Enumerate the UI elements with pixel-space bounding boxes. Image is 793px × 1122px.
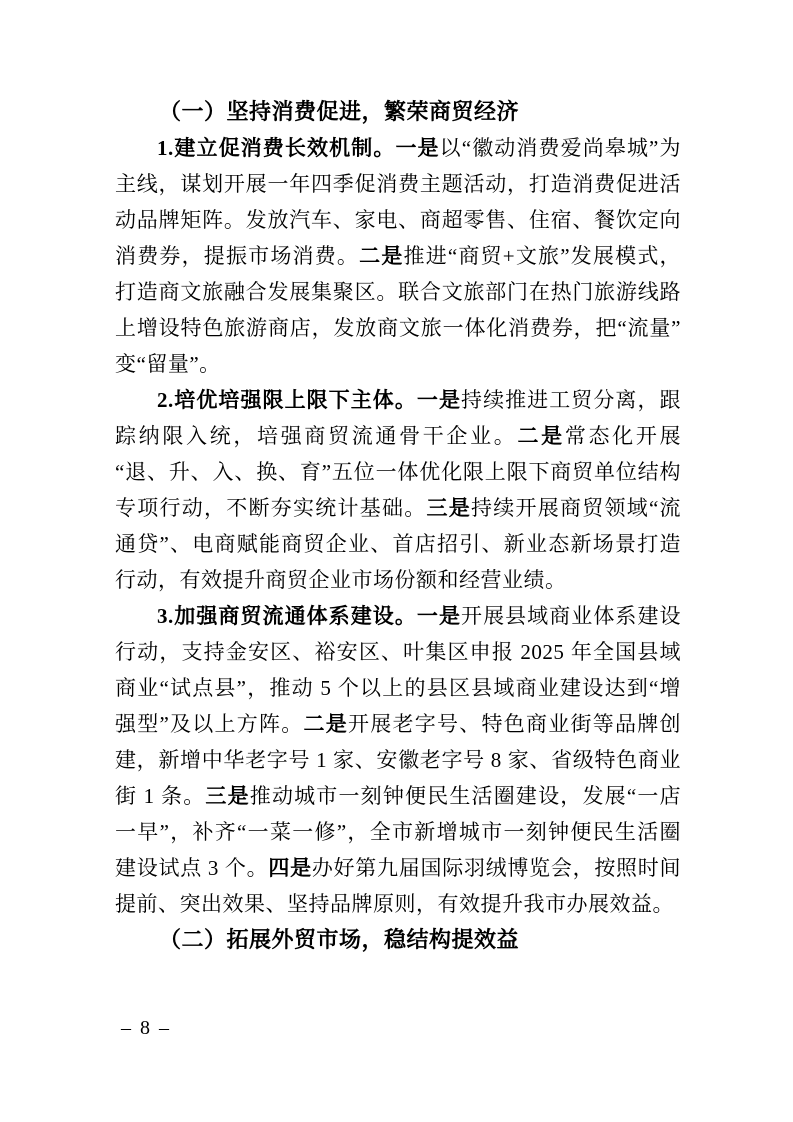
section-heading-2: （二）拓展外贸市场，稳结构提效益 [115,922,681,958]
marker-sizhi: 四是 [268,856,311,880]
paragraph-2: 2.培优培强限上限下主体。一是持续推进工贸分离，跟踪纳限入统，培强商贸流通骨干企… [115,382,681,598]
document-content: （一）坚持消费促进，繁荣商贸经济 1.建立促消费长效机制。一是以“徽动消费爱尚皋… [115,94,681,958]
paragraph-2-lead: 2.培优培强限上限下主体。一是 [157,388,461,412]
marker-erzhi: 二是 [517,424,564,448]
marker-erzhi: 二是 [304,712,349,736]
paragraph-3-lead: 3.加强商贸流通体系建设。一是 [157,604,461,628]
section-heading-1: （一）坚持消费促进，繁荣商贸经济 [115,94,681,130]
paragraph-1-lead: 1.建立促消费长效机制。一是 [157,136,440,160]
marker-sanzhi: 三是 [426,496,471,520]
marker-erzhi: 二是 [359,244,403,268]
document-page: （一）坚持消费促进，繁荣商贸经济 1.建立促消费长效机制。一是以“徽动消费爱尚皋… [0,0,793,1122]
marker-sanzhi: 三是 [205,784,249,808]
paragraph-3: 3.加强商贸流通体系建设。一是开展县域商业体系建设行动，支持金安区、裕安区、叶集… [115,598,681,922]
page-number: – 8 – [121,1014,171,1042]
paragraph-1: 1.建立促消费长效机制。一是以“徽动消费爱尚皋城”为主线，谋划开展一年四季促消费… [115,130,681,382]
